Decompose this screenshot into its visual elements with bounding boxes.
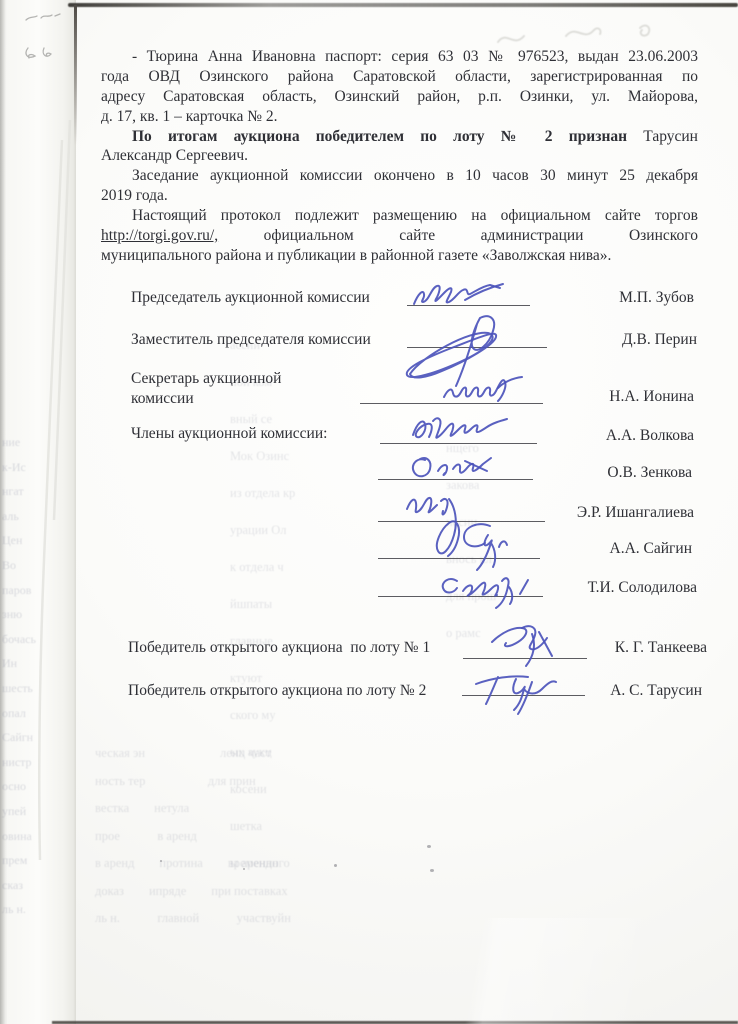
url-text: http://torgi.gov.ru/, bbox=[101, 227, 218, 244]
text-run: официальном сайте администрации Озинског… bbox=[218, 227, 698, 244]
winner-name: К. Г. Танкеева bbox=[615, 639, 707, 656]
body-line: Заседание аукционной комиссии окончено в… bbox=[101, 166, 698, 186]
text-run: Тарусин bbox=[627, 128, 698, 145]
body-line: - Тюрина Анна Ивановна паспорт: серия 63… bbox=[101, 47, 698, 67]
scanned-document-page: ние к-Ис нгат аль Цен Во паров зню бочас… bbox=[0, 0, 738, 1024]
bold-run: По итогам аукциона победителем по лоту №… bbox=[132, 128, 627, 145]
scan-speck bbox=[334, 864, 337, 867]
signature-volkova bbox=[406, 414, 514, 446]
winner-name: А. С. Тарусин bbox=[610, 682, 702, 699]
signatory-name: Н.А. Ионина bbox=[609, 388, 694, 405]
signature-zubov bbox=[410, 281, 505, 313]
signatory-name: М.П. Зубов bbox=[619, 289, 694, 306]
signatory-name: А.А. Сайгин bbox=[610, 540, 692, 557]
signature-solodilova bbox=[436, 570, 536, 610]
winner-label: Победитель открытого аукциона по лоту № … bbox=[128, 681, 426, 701]
signature-zenkova bbox=[407, 452, 495, 484]
fold-line bbox=[74, 5, 77, 145]
signatory-name: Т.И. Солодилова bbox=[588, 579, 697, 596]
signature-tarusin bbox=[470, 668, 562, 716]
body-line: д. 17, кв. 1 – карточка № 2. bbox=[101, 107, 698, 127]
signature-tankeeva bbox=[484, 622, 559, 670]
body-line: года ОВД Озинского района Саратовской об… bbox=[101, 67, 698, 87]
signature-ionina bbox=[440, 373, 525, 405]
body-line: По итогам аукциона победителем по лоту №… bbox=[101, 127, 698, 147]
document-body: - Тюрина Анна Ивановна паспорт: серия 63… bbox=[101, 47, 698, 266]
scan-speck bbox=[160, 860, 162, 862]
bleedthrough-text-bottom: ческая эн ленц част ность тер для прин в… bbox=[95, 740, 695, 933]
signature-label: Секретарь аукционной комиссии bbox=[131, 369, 281, 409]
scan-speck bbox=[243, 868, 245, 870]
scan-speck bbox=[430, 869, 434, 872]
signatory-name: Д.В. Перин bbox=[622, 331, 697, 348]
signature-label: Члены аукционной комиссии: bbox=[131, 424, 327, 444]
signature-label: Заместитель председателя комиссии bbox=[131, 330, 371, 350]
body-line: 2019 года. bbox=[101, 186, 698, 206]
bleedthrough-text-middle: ассии ной ком вный се Мок Озинс из отдел… bbox=[230, 327, 400, 882]
winner-label: Победитель открытого аукциона по лоту № … bbox=[128, 638, 430, 658]
pencil-marks bbox=[20, 10, 68, 68]
paper-crease-highlight bbox=[316, 918, 738, 1024]
page-top-edge bbox=[68, 3, 738, 7]
signatory-name: О.В. Зенкова bbox=[607, 464, 692, 481]
signature-label: Председатель аукционной комиссии bbox=[131, 288, 370, 308]
body-line: http://torgi.gov.ru/, официальном сайте … bbox=[101, 226, 698, 246]
body-line: муниципального района и публикации в рай… bbox=[101, 246, 698, 266]
body-line: Александр Сергеевич. bbox=[101, 146, 698, 166]
signature-saygin bbox=[452, 518, 524, 576]
scan-speck bbox=[427, 845, 431, 848]
body-line: Настоящий протокол подлежит размещению н… bbox=[101, 206, 698, 226]
signatory-name: А.А. Волкова bbox=[606, 427, 694, 444]
body-line: адресу Саратовская область, Озинский рай… bbox=[101, 87, 698, 107]
signatory-name: Э.Р. Ишангалиева bbox=[577, 504, 694, 521]
